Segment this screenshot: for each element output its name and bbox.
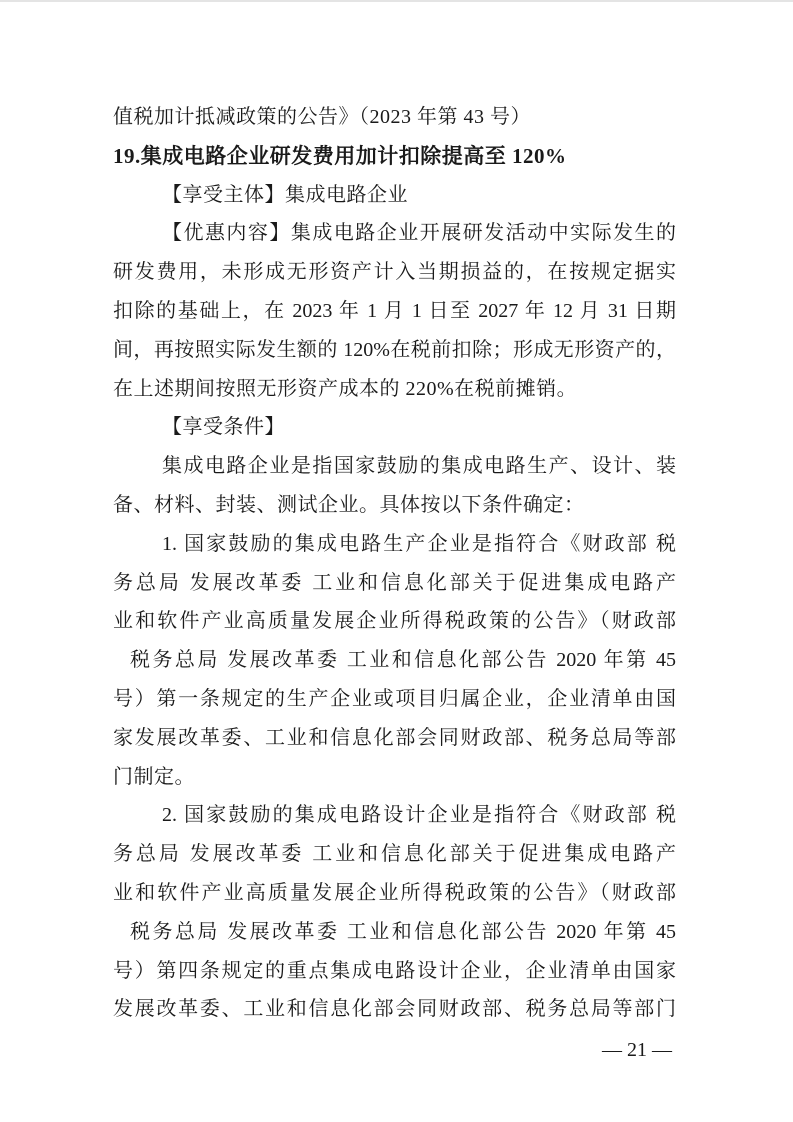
text-line: 研发费用，未形成无形资产计入当期损益的，在按规定据实 — [113, 253, 676, 292]
text-line: 备、材料、封装、测试企业。具体按以下条件确定： — [113, 486, 676, 525]
text-line: 门制定。 — [113, 758, 676, 797]
text-line: 发展改革委、工业和信息化部会同财政部、税务总局等部门 — [113, 990, 676, 1029]
text-line: 扣除的基础上，在 2023 年 1 月 1 日至 2027 年 12 月 31 … — [113, 292, 676, 331]
text-line: 间，再按照实际发生额的 120%在税前扣除；形成无形资产的， — [113, 331, 676, 370]
text-line: 号）第一条规定的生产企业或项目归属企业，企业清单由国 — [113, 680, 676, 719]
text-line: 1. 国家鼓励的集成电路生产企业是指符合《财政部 税 — [113, 525, 676, 564]
text-line: 【优惠内容】集成电路企业开展研发活动中实际发生的 — [113, 214, 676, 253]
text-line: 务总局 发展改革委 工业和信息化部关于促进集成电路产 — [113, 564, 676, 603]
text-line: 值税加计抵减政策的公告》（2023 年第 43 号） — [113, 98, 676, 137]
text-line: 号）第四条规定的重点集成电路设计企业，企业清单由国家 — [113, 952, 676, 991]
text-line: 业和软件产业高质量发展企业所得税政策的公告》（财政部 — [113, 602, 676, 641]
text-line: 家发展改革委、工业和信息化部会同财政部、税务总局等部 — [113, 719, 676, 758]
document-page: 值税加计抵减政策的公告》（2023 年第 43 号）19.集成电路企业研发费用加… — [0, 0, 793, 1122]
text-line: 业和软件产业高质量发展企业所得税政策的公告》（财政部 — [113, 874, 676, 913]
document-body: 值税加计抵减政策的公告》（2023 年第 43 号）19.集成电路企业研发费用加… — [113, 98, 676, 1029]
text-line: 【享受主体】集成电路企业 — [113, 176, 676, 215]
text-line: 税务总局 发展改革委 工业和信息化部公告 2020 年第 45 — [113, 641, 676, 680]
section-heading: 19.集成电路企业研发费用加计扣除提高至 120% — [113, 137, 676, 176]
text-line: 税务总局 发展改革委 工业和信息化部公告 2020 年第 45 — [113, 913, 676, 952]
text-line: 【享受条件】 — [113, 408, 676, 447]
scan-edge-artifact — [0, 0, 793, 2]
text-line: 集成电路企业是指国家鼓励的集成电路生产、设计、装 — [113, 447, 676, 486]
text-line: 务总局 发展改革委 工业和信息化部关于促进集成电路产 — [113, 835, 676, 874]
text-line: 2. 国家鼓励的集成电路设计企业是指符合《财政部 税 — [113, 796, 676, 835]
page-number: — 21 — — [602, 1036, 672, 1064]
text-line: 在上述期间按照无形资产成本的 220%在税前摊销。 — [113, 370, 676, 409]
